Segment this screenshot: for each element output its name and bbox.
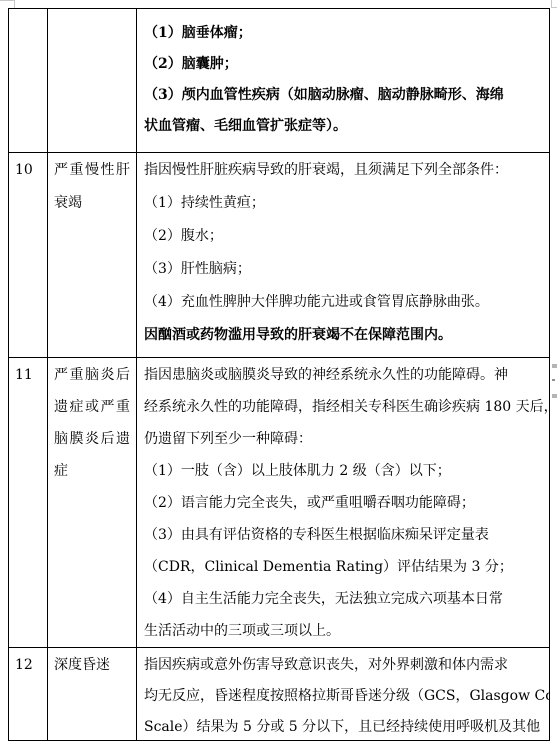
desc-line: （4）自主生活能力完全丧失，无法独立完成六项基本日常 [144,583,542,615]
description-cell: 指因慢性肝脏疾病导致的肝衰竭，且须满足下列全部条件： （1）持续性黄疸； （2）… [137,153,549,357]
desc-line: 指因慢性肝脏疾病导致的肝衰竭，且须满足下列全部条件： [144,154,542,187]
scrollbar-fragment-bottom[interactable] [552,394,557,398]
desc-line: （1）脑垂体瘤； [144,18,542,49]
table-row-11: 11 严重脑炎后遗症或严重脑膜炎后遗症 指因患脑炎或脑膜炎导致的神经系统永久性的… [9,358,549,648]
desc-line: 均无反应，昏迷程度按照格拉斯哥昏迷分级（GCS，Glasgow Coma [144,681,542,712]
desc-line: 生活活动中的三项或三项以上。 [144,615,542,647]
desc-line: （CDR，Clinical Dementia Rating）评估结果为 3 分； [144,551,542,583]
desc-line: 经系统永久性的功能障碍，指经相关专科医生确诊疾病 180 天后， [144,391,542,423]
condition-name-cell: 严重慢性肝衰竭 [48,153,137,357]
desc-line: （4）充血性脾肿大伴脾功能亢进或食管胃底静脉曲张。 [144,286,542,319]
desc-line: 指因患脑炎或脑膜炎导致的神经系统永久性的功能障碍。神 [144,359,542,391]
scrollbar-fragment-top[interactable] [552,364,557,368]
desc-line: （3）由具有评估资格的专科医生根据临床痴呆评定量表 [144,519,542,551]
desc-line: （1）持续性黄疸； [144,187,542,220]
description-cell: （1）脑垂体瘤； （2）脑囊肿； （3）颅内血管性疾病（如脑动脉瘤、脑动静脉畸形… [137,9,549,152]
row-number-cell [9,9,48,152]
row-number-cell: 11 [9,358,48,647]
row-number-cell: 10 [9,153,48,357]
desc-line: （2）腹水； [144,220,542,253]
text-boundary-mark-top-right-vertical [551,0,552,8]
desc-line: （1）一肢（含）以上肢体肌力 2 级（含）以下； [144,455,542,487]
table-row-10: 10 严重慢性肝衰竭 指因慢性肝脏疾病导致的肝衰竭，且须满足下列全部条件： （1… [9,153,549,358]
desc-line: （3）肝性脑病； [144,253,542,286]
document-page: （1）脑垂体瘤； （2）脑囊肿； （3）颅内血管性疾病（如脑动脉瘤、脑动静脉畸形… [0,0,557,756]
table-row-continuation: （1）脑垂体瘤； （2）脑囊肿； （3）颅内血管性疾病（如脑动脉瘤、脑动静脉畸形… [9,9,549,153]
desc-line: 仍遗留下列至少一种障碍： [144,423,542,455]
desc-line: （2）语言能力完全丧失，或严重咀嚼吞咽功能障碍； [144,487,542,519]
table-row-12: 12 深度昏迷 指因疾病或意外伤害导致意识丧失，对外界刺激和体内需求 均无反应，… [9,648,549,741]
description-cell: 指因患脑炎或脑膜炎导致的神经系统永久性的功能障碍。神 经系统永久性的功能障碍，指… [137,358,549,647]
desc-line: （3）颅内血管性疾病（如脑动脉瘤、脑动静脉畸形、海绵 [144,80,542,111]
desc-line: （2）脑囊肿； [144,49,542,80]
desc-line: Scale）结果为 5 分或 5 分以下，且已经持续使用呼吸机及其他 [144,712,542,740]
condition-name-cell [48,9,137,152]
desc-line: 状血管瘤、毛细血管扩张症等）。 [144,111,542,142]
condition-name-cell: 深度昏迷 [48,648,137,740]
description-cell: 指因疾病或意外伤害导致意识丧失，对外界刺激和体内需求 均无反应，昏迷程度按照格拉… [137,648,549,740]
row-number-cell: 12 [9,648,48,740]
desc-line-exclusion: 因酗酒或药物滥用导致的肝衰竭不在保障范围内。 [144,319,542,352]
text-boundary-mark-top-left-vertical [14,0,15,8]
critical-illness-definition-table: （1）脑垂体瘤； （2）脑囊肿； （3）颅内血管性疾病（如脑动脉瘤、脑动静脉畸形… [8,8,550,741]
desc-line: 指因疾病或意外伤害导致意识丧失，对外界刺激和体内需求 [144,650,542,681]
text-boundary-mark-top-left [0,0,15,1]
scrollbar-fragment-grip[interactable] [552,379,555,381]
condition-name-cell: 严重脑炎后遗症或严重脑膜炎后遗症 [48,358,137,647]
